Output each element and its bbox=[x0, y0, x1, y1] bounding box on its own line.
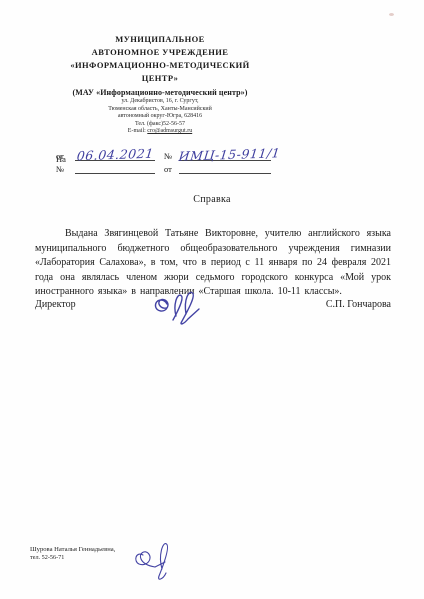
contact-phone: тел. 52-56-71 bbox=[30, 554, 115, 562]
email-address: cro@admsurgut.ru bbox=[147, 128, 192, 134]
reference-row-outgoing: от 06.04.2021 № ИМЦ-15-911/1 bbox=[56, 146, 286, 161]
org-short-name: (МАУ «Информационно-методический центр») bbox=[35, 88, 285, 98]
letterhead: МУНИЦИПАЛЬНОЕ АВТОНОМНОЕ УЧРЕЖДЕНИЕ «ИНФ… bbox=[35, 33, 285, 136]
handwritten-number: ИМЦ-15-911/1 bbox=[178, 145, 281, 164]
email-line: E-mail: cro@admsurgut.ru bbox=[35, 128, 285, 136]
number-field: ИМЦ-15-911/1 bbox=[179, 145, 271, 161]
reference-fields: от 06.04.2021 № ИМЦ-15-911/1 На № от bbox=[56, 146, 286, 174]
signer-position: Директор bbox=[35, 299, 76, 310]
scan-artifact-speck bbox=[389, 13, 394, 16]
date-field: 06.04.2021 bbox=[75, 145, 155, 161]
org-name-line: АВТОНОМНОЕ УЧРЕЖДЕНИЕ bbox=[35, 46, 285, 59]
reply-number-field bbox=[75, 173, 155, 174]
document-title: Справка bbox=[0, 194, 424, 205]
contact-signature-icon bbox=[132, 538, 180, 586]
reply-from-label: от bbox=[164, 164, 179, 174]
number-label: № bbox=[164, 151, 179, 161]
address-line: Тел. (факс)52-56-57 bbox=[35, 121, 285, 129]
email-label: E-mail: bbox=[128, 128, 148, 134]
address-line: автономный округ-Югра, 628416 bbox=[35, 113, 285, 121]
footer-contact: Шурова Наталья Геннадьевна, тел. 52-56-7… bbox=[30, 546, 115, 562]
signer-name: С.П. Гончарова bbox=[326, 299, 391, 310]
reply-date-field bbox=[179, 173, 271, 174]
reference-row-reply: На № от bbox=[56, 161, 286, 174]
org-name-line: «ИНФОРМАЦИОННО-МЕТОДИЧЕСКИЙ bbox=[35, 59, 285, 72]
document-page: МУНИЦИПАЛЬНОЕ АВТОНОМНОЕ УЧРЕЖДЕНИЕ «ИНФ… bbox=[0, 0, 424, 599]
handwritten-date: 06.04.2021 bbox=[76, 146, 154, 164]
org-name-line: ЦЕНТР» bbox=[35, 72, 285, 85]
address-line: ул. Декабристов, 16, г. Сургут, bbox=[35, 98, 285, 106]
reply-number-label: На № bbox=[56, 154, 75, 174]
org-name-line: МУНИЦИПАЛЬНОЕ bbox=[35, 33, 285, 46]
contact-person-name: Шурова Наталья Геннадьевна, bbox=[30, 546, 115, 554]
director-signature-icon bbox=[152, 289, 214, 327]
